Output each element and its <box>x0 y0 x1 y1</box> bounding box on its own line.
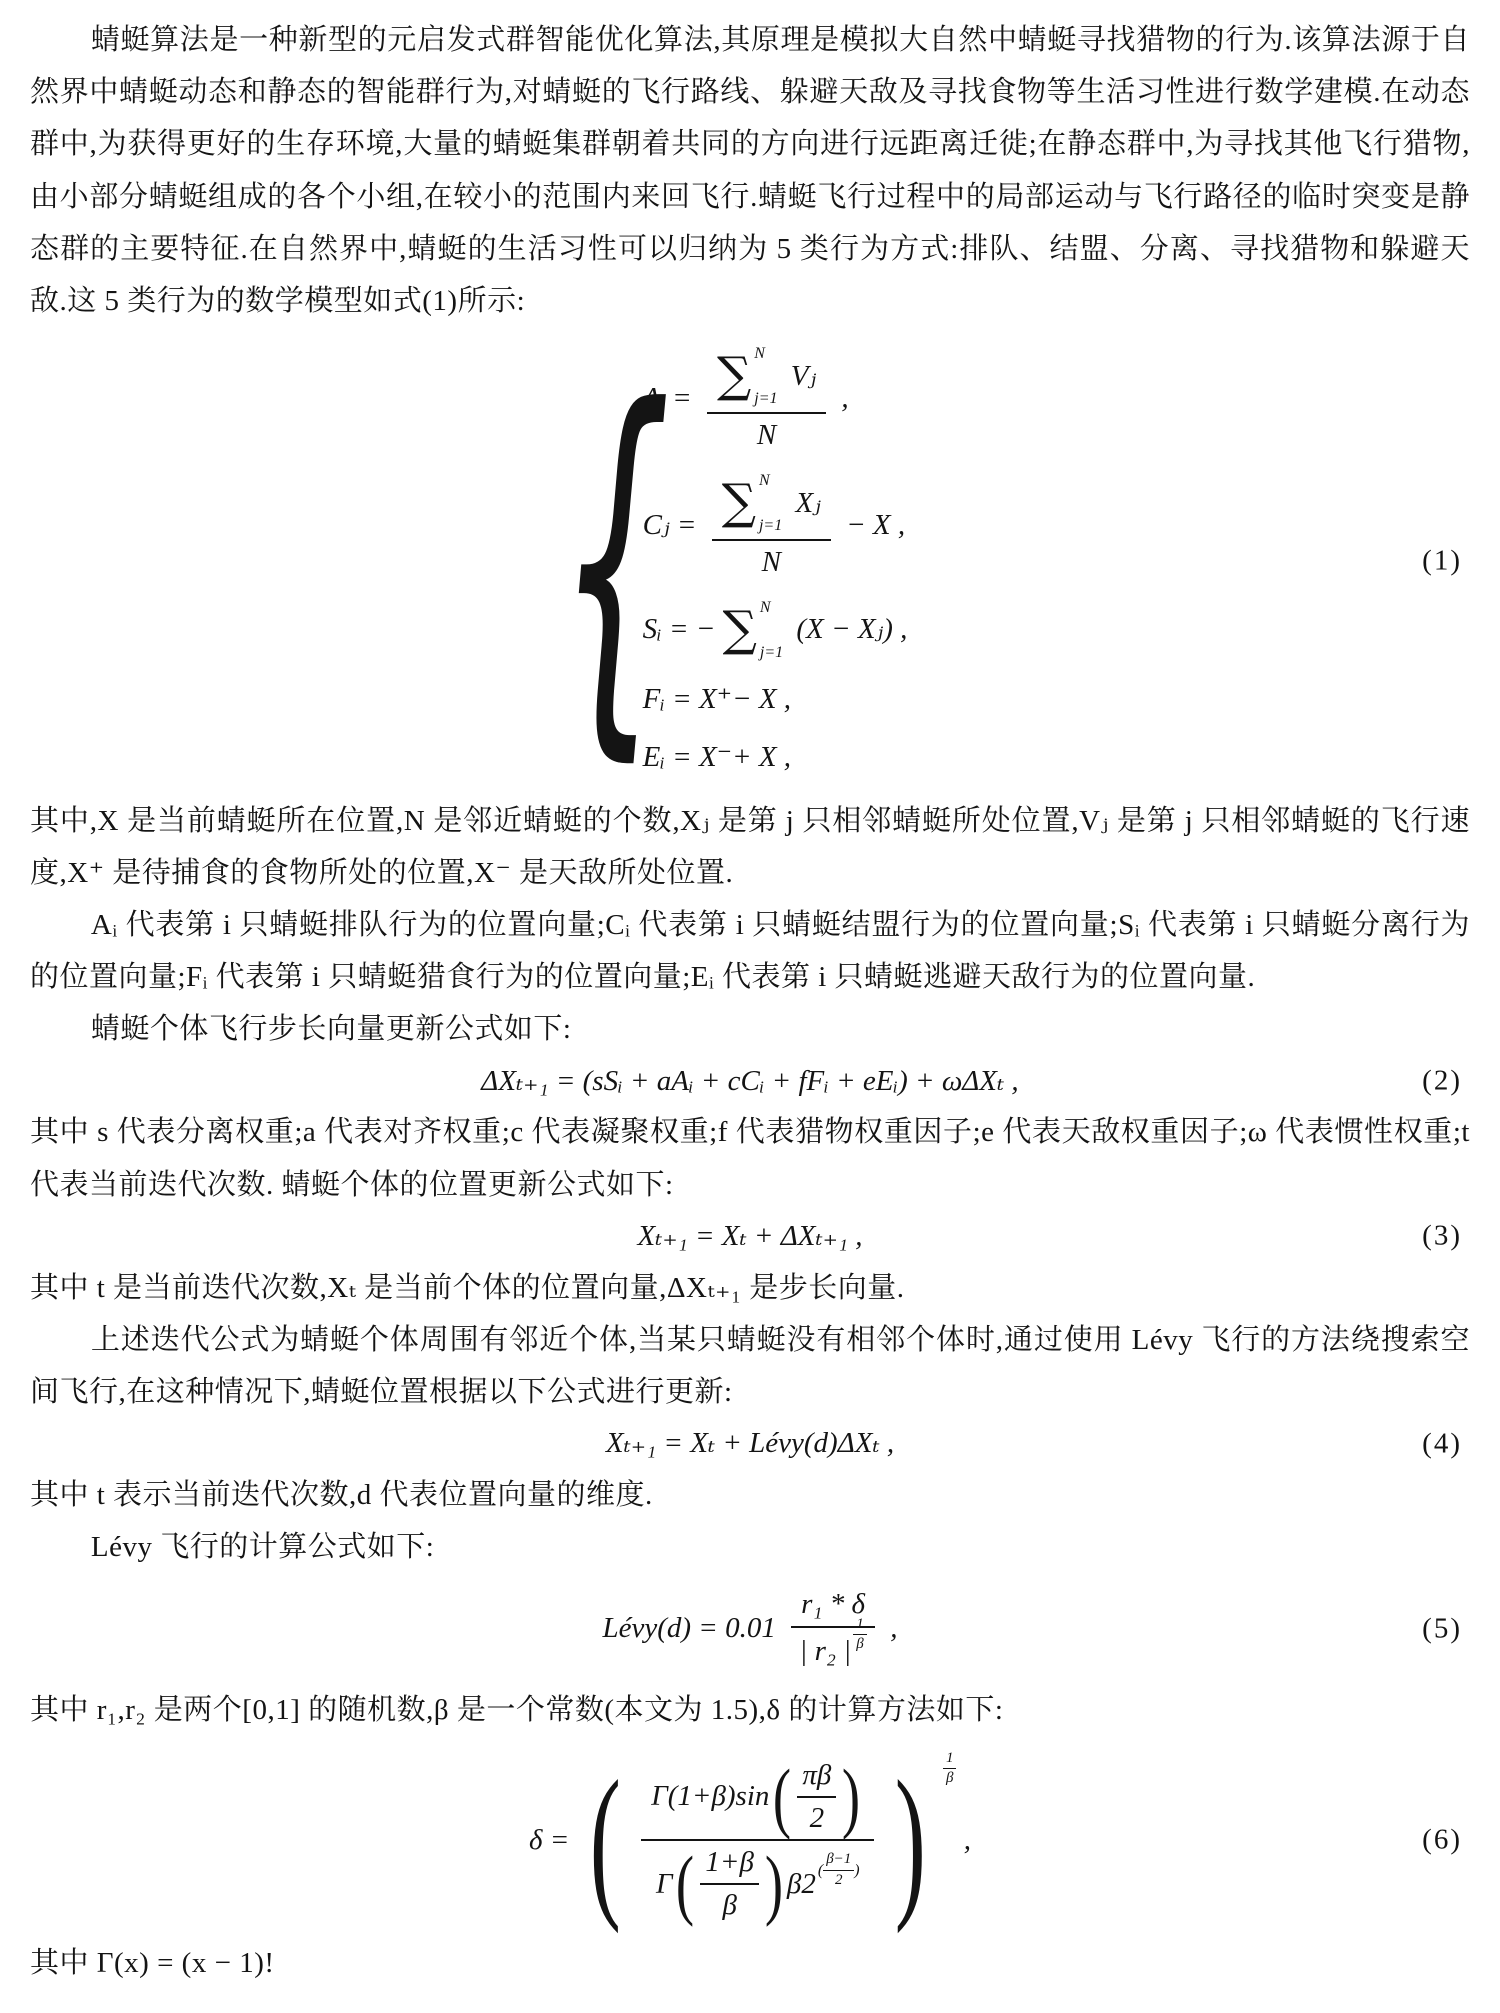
outer-exponent: 1 β <box>943 1750 957 1788</box>
paragraph-step-update-intro: 蜻蜓个体飞行步长向量更新公式如下: <box>30 1003 1470 1055</box>
fraction: Γ(1+β)sin ( πβ 2 ) Γ ( 1+β β ) β2 ( β−1 … <box>641 1758 874 1923</box>
sum-limits: N j=1 <box>754 344 777 408</box>
equation-1-rows: Aᵢ = ∑ N j=1 Vⱼ N , Cⱼ = <box>643 335 908 787</box>
equation-1-row-food: Fᵢ = X⁺− X , <box>643 680 908 720</box>
fraction: ∑ N j=1 Vⱼ N <box>707 344 826 453</box>
document-page: { "paragraphs": { "p1": "蜻蜓算法是一种新型的元启发式群… <box>0 0 1500 2013</box>
equation-5: Lévy(d) = 0.01 r₁ * δ | r₂ | 1 β , (5) <box>30 1587 1470 1669</box>
sum-icon: ∑ <box>723 607 757 653</box>
equation-number-6: (6) <box>1422 1823 1462 1858</box>
fraction: ∑ N j=1 Xⱼ N <box>712 471 831 580</box>
sum-icon: ∑ <box>722 480 756 526</box>
inner-fraction: πβ 2 <box>797 1758 836 1836</box>
paragraph-eq3-symbols: 其中 t 是当前迭代次数,Xₜ 是当前个体的位置向量,ΔXₜ₊₁ 是步长向量. <box>30 1262 1470 1314</box>
paragraph-gamma-note: 其中 Γ(x) = (x − 1)! <box>30 1937 1470 1989</box>
paragraph-intro: 蜻蜓算法是一种新型的元启发式群智能优化算法,其原理是模拟大自然中蜻蜓寻找猎物的行… <box>30 14 1470 327</box>
sum-icon: ∑ <box>717 353 751 399</box>
equation-number-1: (1) <box>1422 544 1462 579</box>
equation-1: { Aᵢ = ∑ N j=1 Vⱼ N , <box>30 335 1470 787</box>
equation-number-5: (5) <box>1422 1611 1462 1646</box>
equation-number-4: (4) <box>1422 1426 1462 1461</box>
paragraph-eq4-symbols: 其中 t 表示当前迭代次数,d 代表位置向量的维度. <box>30 1469 1470 1521</box>
paragraph-eq5-symbols: 其中 r₁,r₂ 是两个[0,1] 的随机数,β 是一个常数(本文为 1.5),… <box>30 1684 1470 1736</box>
exponent: 1 β <box>853 1616 867 1654</box>
paragraph-eq1-symbols: 其中,X 是当前蜻蜓所在位置,N 是邻近蜻蜓的个数,Xⱼ 是第 j 只相邻蜻蜓所… <box>30 795 1470 899</box>
equation-number-2: (2) <box>1422 1064 1462 1099</box>
equation-6: δ = ( Γ(1+β)sin ( πβ 2 ) Γ ( 1+β β ) β2 … <box>30 1758 1470 1923</box>
sum-limits: N j=1 <box>759 471 782 535</box>
paragraph-behavior-vectors: Aᵢ 代表第 i 只蜻蜓排队行为的位置向量;Cᵢ 代表第 i 只蜻蜓结盟行为的位… <box>30 899 1470 1003</box>
equation-number-3: (3) <box>1422 1219 1462 1254</box>
equation-4: Xₜ₊₁ = Xₜ + Lévy(d)ΔXₜ , (4) <box>30 1426 1470 1461</box>
paragraph-weights: 其中 s 代表分离权重;a 代表对齐权重;c 代表凝聚权重;f 代表猎物权重因子… <box>30 1106 1470 1210</box>
equation-1-row-cohesion: Cⱼ = ∑ N j=1 Xⱼ N − X , <box>643 471 908 580</box>
equation-1-row-separation: Sᵢ = − ∑ N j=1 (X − Xⱼ) , <box>643 598 908 662</box>
exponent: ( β−1 2 ) <box>818 1851 860 1889</box>
sum-limits: N j=1 <box>760 598 783 662</box>
paragraph-levy-intro: 上述迭代公式为蜻蜓个体周围有邻近个体,当某只蜻蜓没有相邻个体时,通过使用 Lév… <box>30 1314 1470 1418</box>
equation-3: Xₜ₊₁ = Xₜ + ΔXₜ₊₁ , (3) <box>30 1219 1470 1254</box>
equation-1-row-alignment: Aᵢ = ∑ N j=1 Vⱼ N , <box>643 344 908 453</box>
brace-glyph: { <box>557 391 672 731</box>
fraction: r₁ * δ | r₂ | 1 β <box>791 1587 875 1669</box>
equation-1-body: { Aᵢ = ∑ N j=1 Vⱼ N , <box>593 335 908 787</box>
inner-fraction: 1+β β <box>700 1845 759 1923</box>
paragraph-levy-formula-intro: Lévy 飞行的计算公式如下: <box>30 1521 1470 1573</box>
left-brace: { <box>593 391 637 731</box>
equation-2: ΔXₜ₊₁ = (sSᵢ + aAᵢ + cCᵢ + fFᵢ + eEᵢ) + … <box>30 1064 1470 1099</box>
equation-1-row-enemy: Eᵢ = X⁻+ X , <box>643 738 908 778</box>
